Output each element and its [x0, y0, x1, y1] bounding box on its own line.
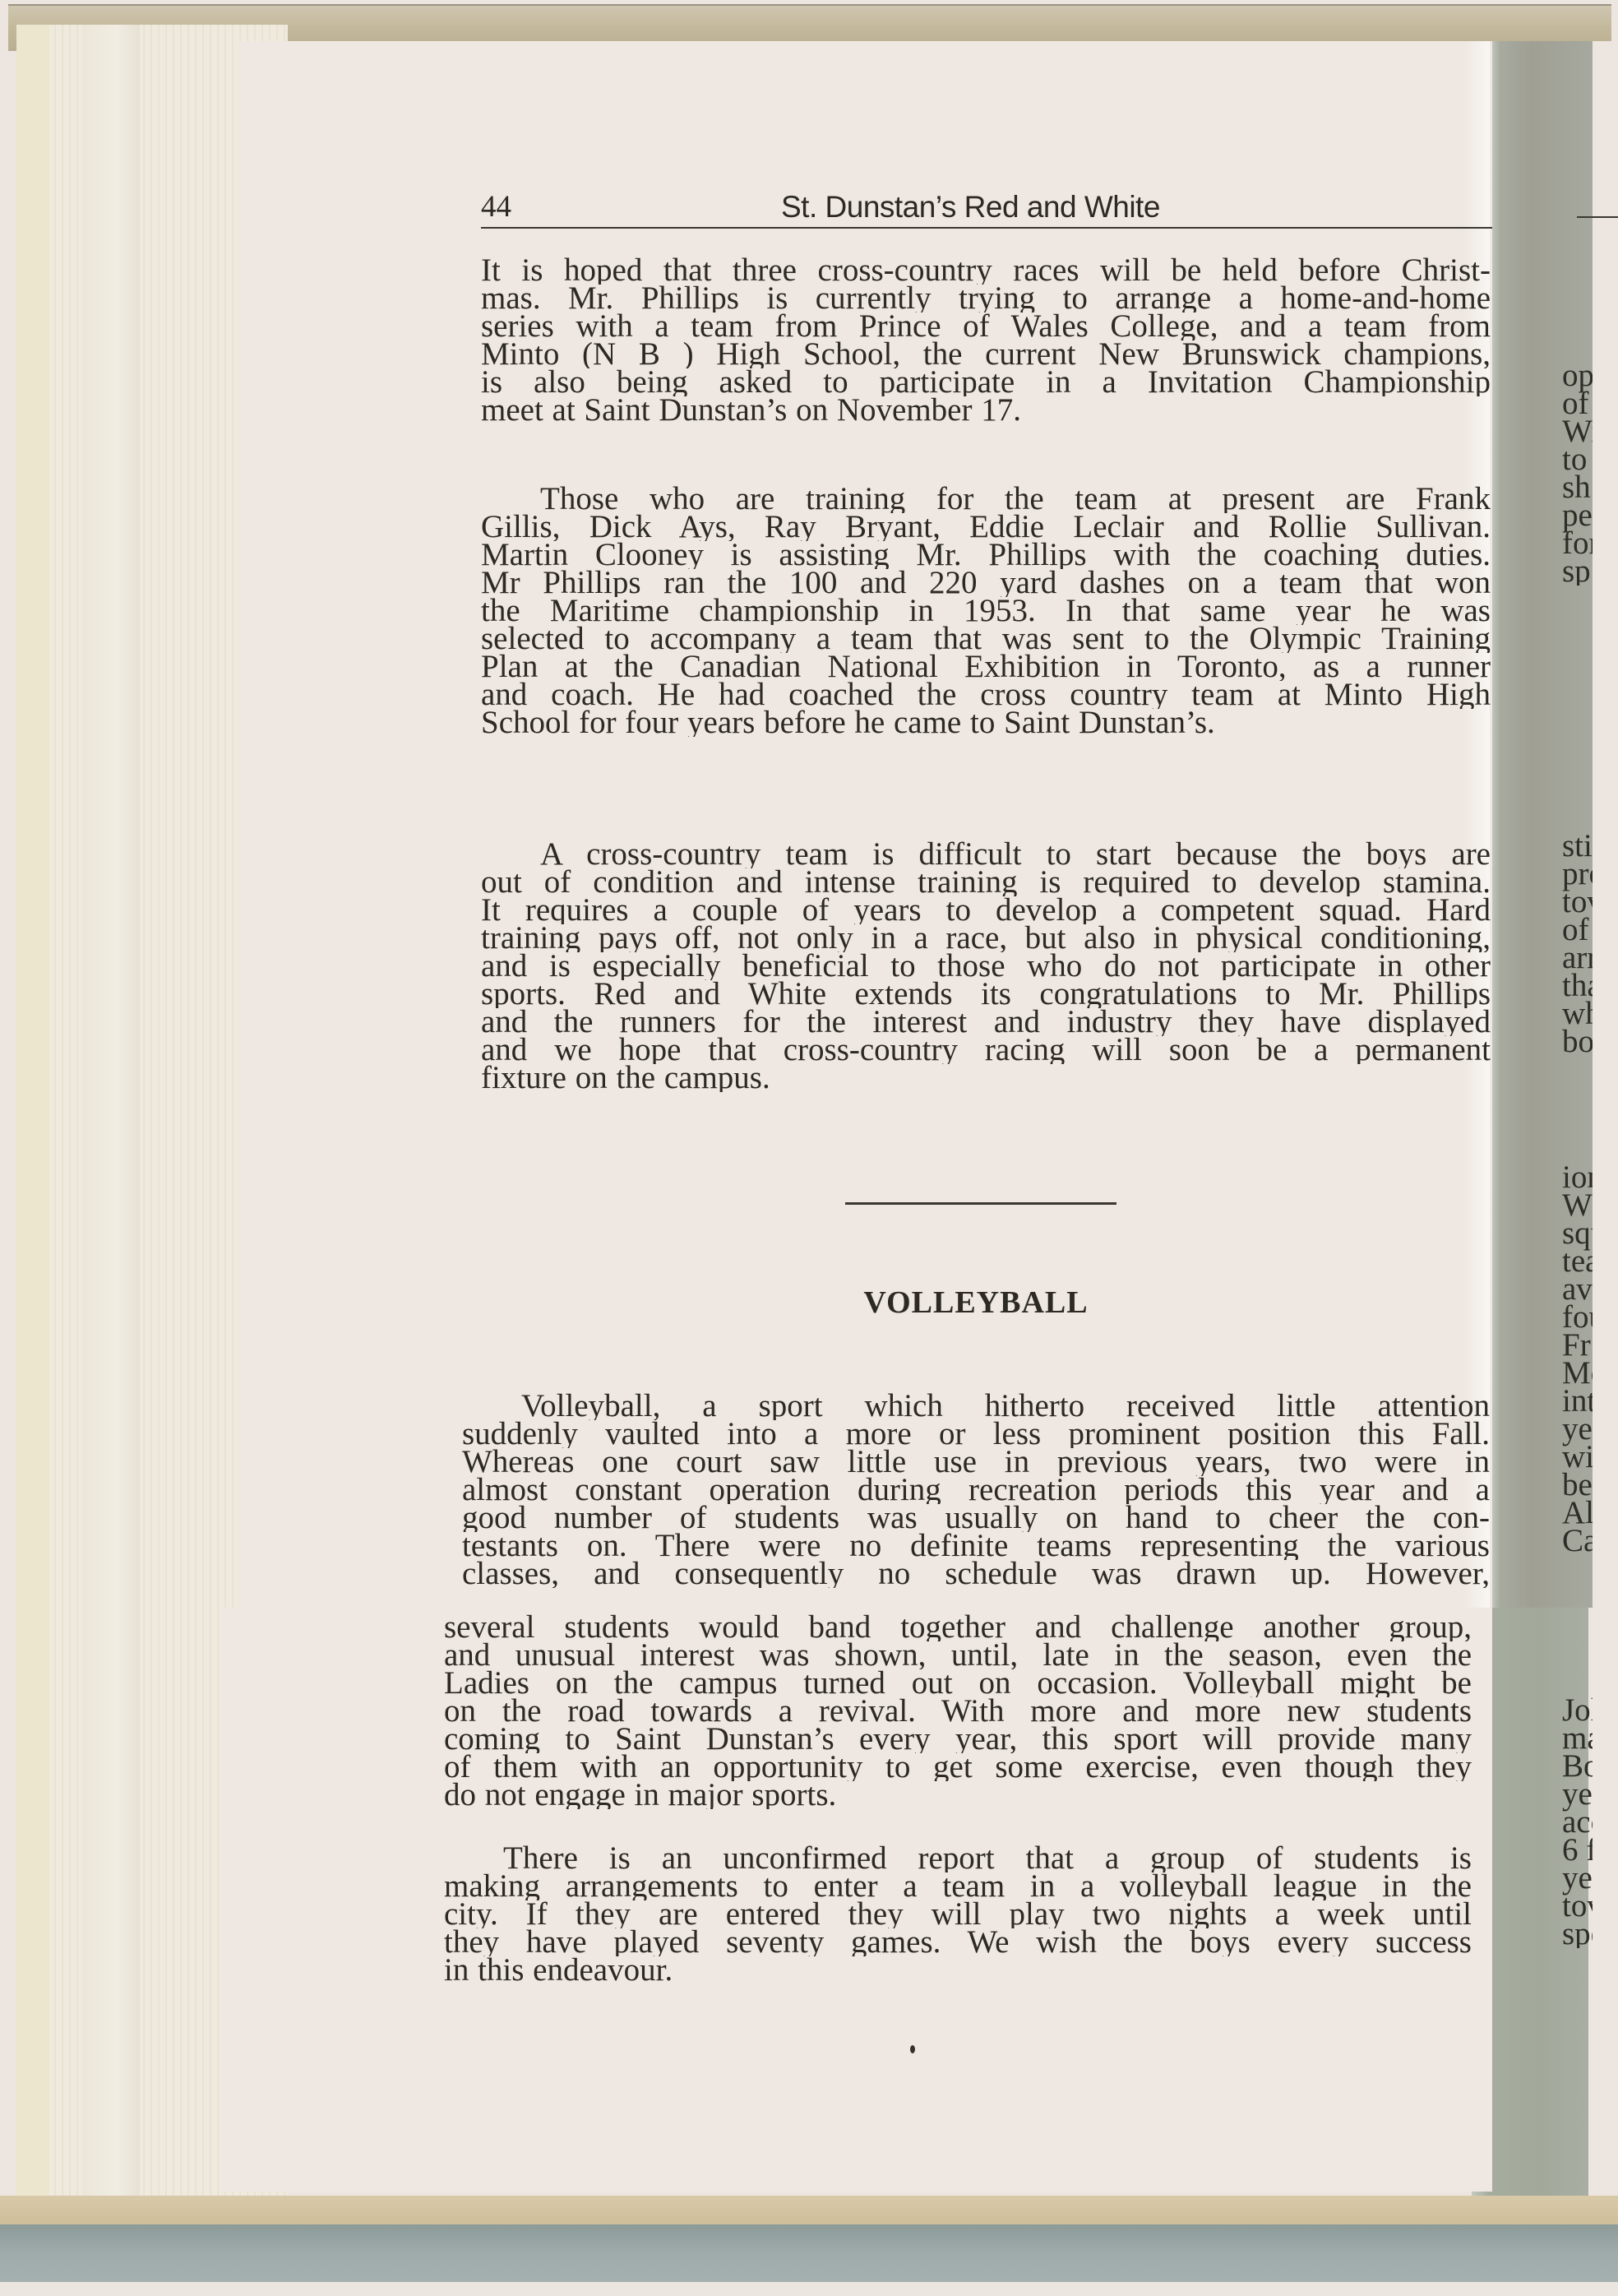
text-line: on the road towards a revival. With more… — [444, 1697, 1472, 1725]
fragment-text: spe — [1562, 1920, 1593, 1948]
volleyball-paragraph-1-lower: several students would band together and… — [444, 1613, 1472, 1809]
text-line: Minto (N B ) High School, the current Ne… — [481, 340, 1491, 368]
running-head: 44 St. Dunstan’s Red and White — [481, 191, 1492, 229]
text-line: and we hope that cross-country racing wi… — [481, 1036, 1491, 1064]
text-line: is also being asked to participate in a … — [481, 368, 1491, 396]
volleyball-paragraph-2: There is an unconfirmed report that a gr… — [444, 1845, 1472, 1984]
text-line: do not engage in major sports. — [444, 1781, 1472, 1809]
next-page-running-rule — [1577, 216, 1618, 218]
text-line: Those who are training for the team at p… — [481, 485, 1491, 513]
text-line: It is hoped that three cross-country rac… — [481, 257, 1491, 285]
text-line: almost constant operation during recreat… — [462, 1476, 1490, 1504]
text-line: fixture on the campus. — [481, 1064, 1491, 1092]
fragment-text: bo — [1562, 1028, 1593, 1056]
text-line: There is an unconfirmed report that a gr… — [444, 1845, 1472, 1872]
next-page-fragment-4: Jol ma Bo yea acc 6 f yea tov spe — [1562, 1697, 1593, 1948]
text-line: mas. Mr. Phillips is currently trying to… — [481, 285, 1491, 312]
text-line: selected to accompany a team that was se… — [481, 625, 1491, 653]
text-line: coming to Saint Dunstan’s every year, th… — [444, 1725, 1472, 1753]
scan-right-margin — [1593, 41, 1618, 2196]
text-line: Mr Phillips ran the 100 and 220 yard das… — [481, 569, 1491, 597]
cross-country-paragraph-1: It is hoped that three cross-country rac… — [481, 257, 1491, 424]
text-line: A cross-country team is difficult to sta… — [481, 840, 1491, 868]
scan-bottom-margin — [0, 2282, 1618, 2296]
text-line: and is especially beneficial to those wh… — [481, 952, 1491, 980]
ink-speck — [910, 2045, 915, 2053]
text-line: School for four years before he came to … — [481, 709, 1491, 737]
page-number: 44 — [481, 191, 511, 224]
text-line: Gillis, Dick Ays, Ray Bryant, Eddie Lecl… — [481, 513, 1491, 541]
text-line: they have played seventy games. We wish … — [444, 1928, 1472, 1956]
text-line: making arrangements to enter a team in a… — [444, 1872, 1472, 1900]
text-line: classes, and consequently no schedule wa… — [462, 1560, 1490, 1588]
text-line: Whereas one court saw little use in prev… — [462, 1448, 1490, 1476]
text-line: meet at Saint Dunstan’s on November 17. — [481, 396, 1491, 424]
volleyball-paragraph-1-upper: Volleyball, a sport which hitherto recei… — [462, 1392, 1490, 1588]
cross-country-paragraph-3: A cross-country team is difficult to sta… — [481, 840, 1491, 1092]
text-line: of them with an opportunity to get some … — [444, 1753, 1472, 1781]
next-page-fragment-3: ion Wh squ tea av fou Fr Mc int yea wi b… — [1562, 1164, 1593, 1555]
text-line: suddenly vaulted into a more or less pro… — [462, 1420, 1490, 1448]
next-page-fragment-1: op of Wi to sh pe for sp — [1562, 362, 1593, 586]
fragment-text: sp — [1562, 558, 1593, 586]
text-line: and unusual interest was shown, until, l… — [444, 1641, 1472, 1669]
cross-country-paragraph-2: Those who are training for the team at p… — [481, 485, 1491, 737]
text-line: sports. Red and White extends its congra… — [481, 980, 1491, 1008]
text-line: several students would band together and… — [444, 1613, 1472, 1641]
text-line: series with a team from Prince of Wales … — [481, 312, 1491, 340]
text-line: and coach. He had coached the cross coun… — [481, 681, 1491, 709]
text-line: Martin Clooney is assisting Mr. Phillips… — [481, 541, 1491, 569]
section-heading-volleyball: VOLLEYBALL — [462, 1285, 1490, 1321]
text-line: It requires a couple of years to develop… — [481, 896, 1491, 924]
text-line: the Maritime championship in 1953. In th… — [481, 597, 1491, 625]
next-page-fragment-2: stil pro tov of arr tha wh bo — [1562, 832, 1593, 1056]
text-line: testants on. There were no definite team… — [462, 1532, 1490, 1560]
running-title: St. Dunstan’s Red and White — [781, 191, 1160, 224]
fragment-text: Ca — [1562, 1527, 1593, 1555]
text-line: in this endeavour. — [444, 1956, 1472, 1984]
text-line: good number of students was usually on h… — [462, 1504, 1490, 1532]
text-line: Volleyball, a sport which hitherto recei… — [462, 1392, 1490, 1420]
text-line: training pays off, not only in a race, b… — [481, 924, 1491, 952]
text-line: and the runners for the interest and ind… — [481, 1008, 1491, 1036]
text-line: Plan at the Canadian National Exhibition… — [481, 653, 1491, 681]
section-divider-rule — [845, 1202, 1116, 1205]
text-line: city. If they are entered they will play… — [444, 1900, 1472, 1928]
text-line: Ladies on the campus turned out on occas… — [444, 1669, 1472, 1697]
text-line: out of condition and intense training is… — [481, 868, 1491, 896]
